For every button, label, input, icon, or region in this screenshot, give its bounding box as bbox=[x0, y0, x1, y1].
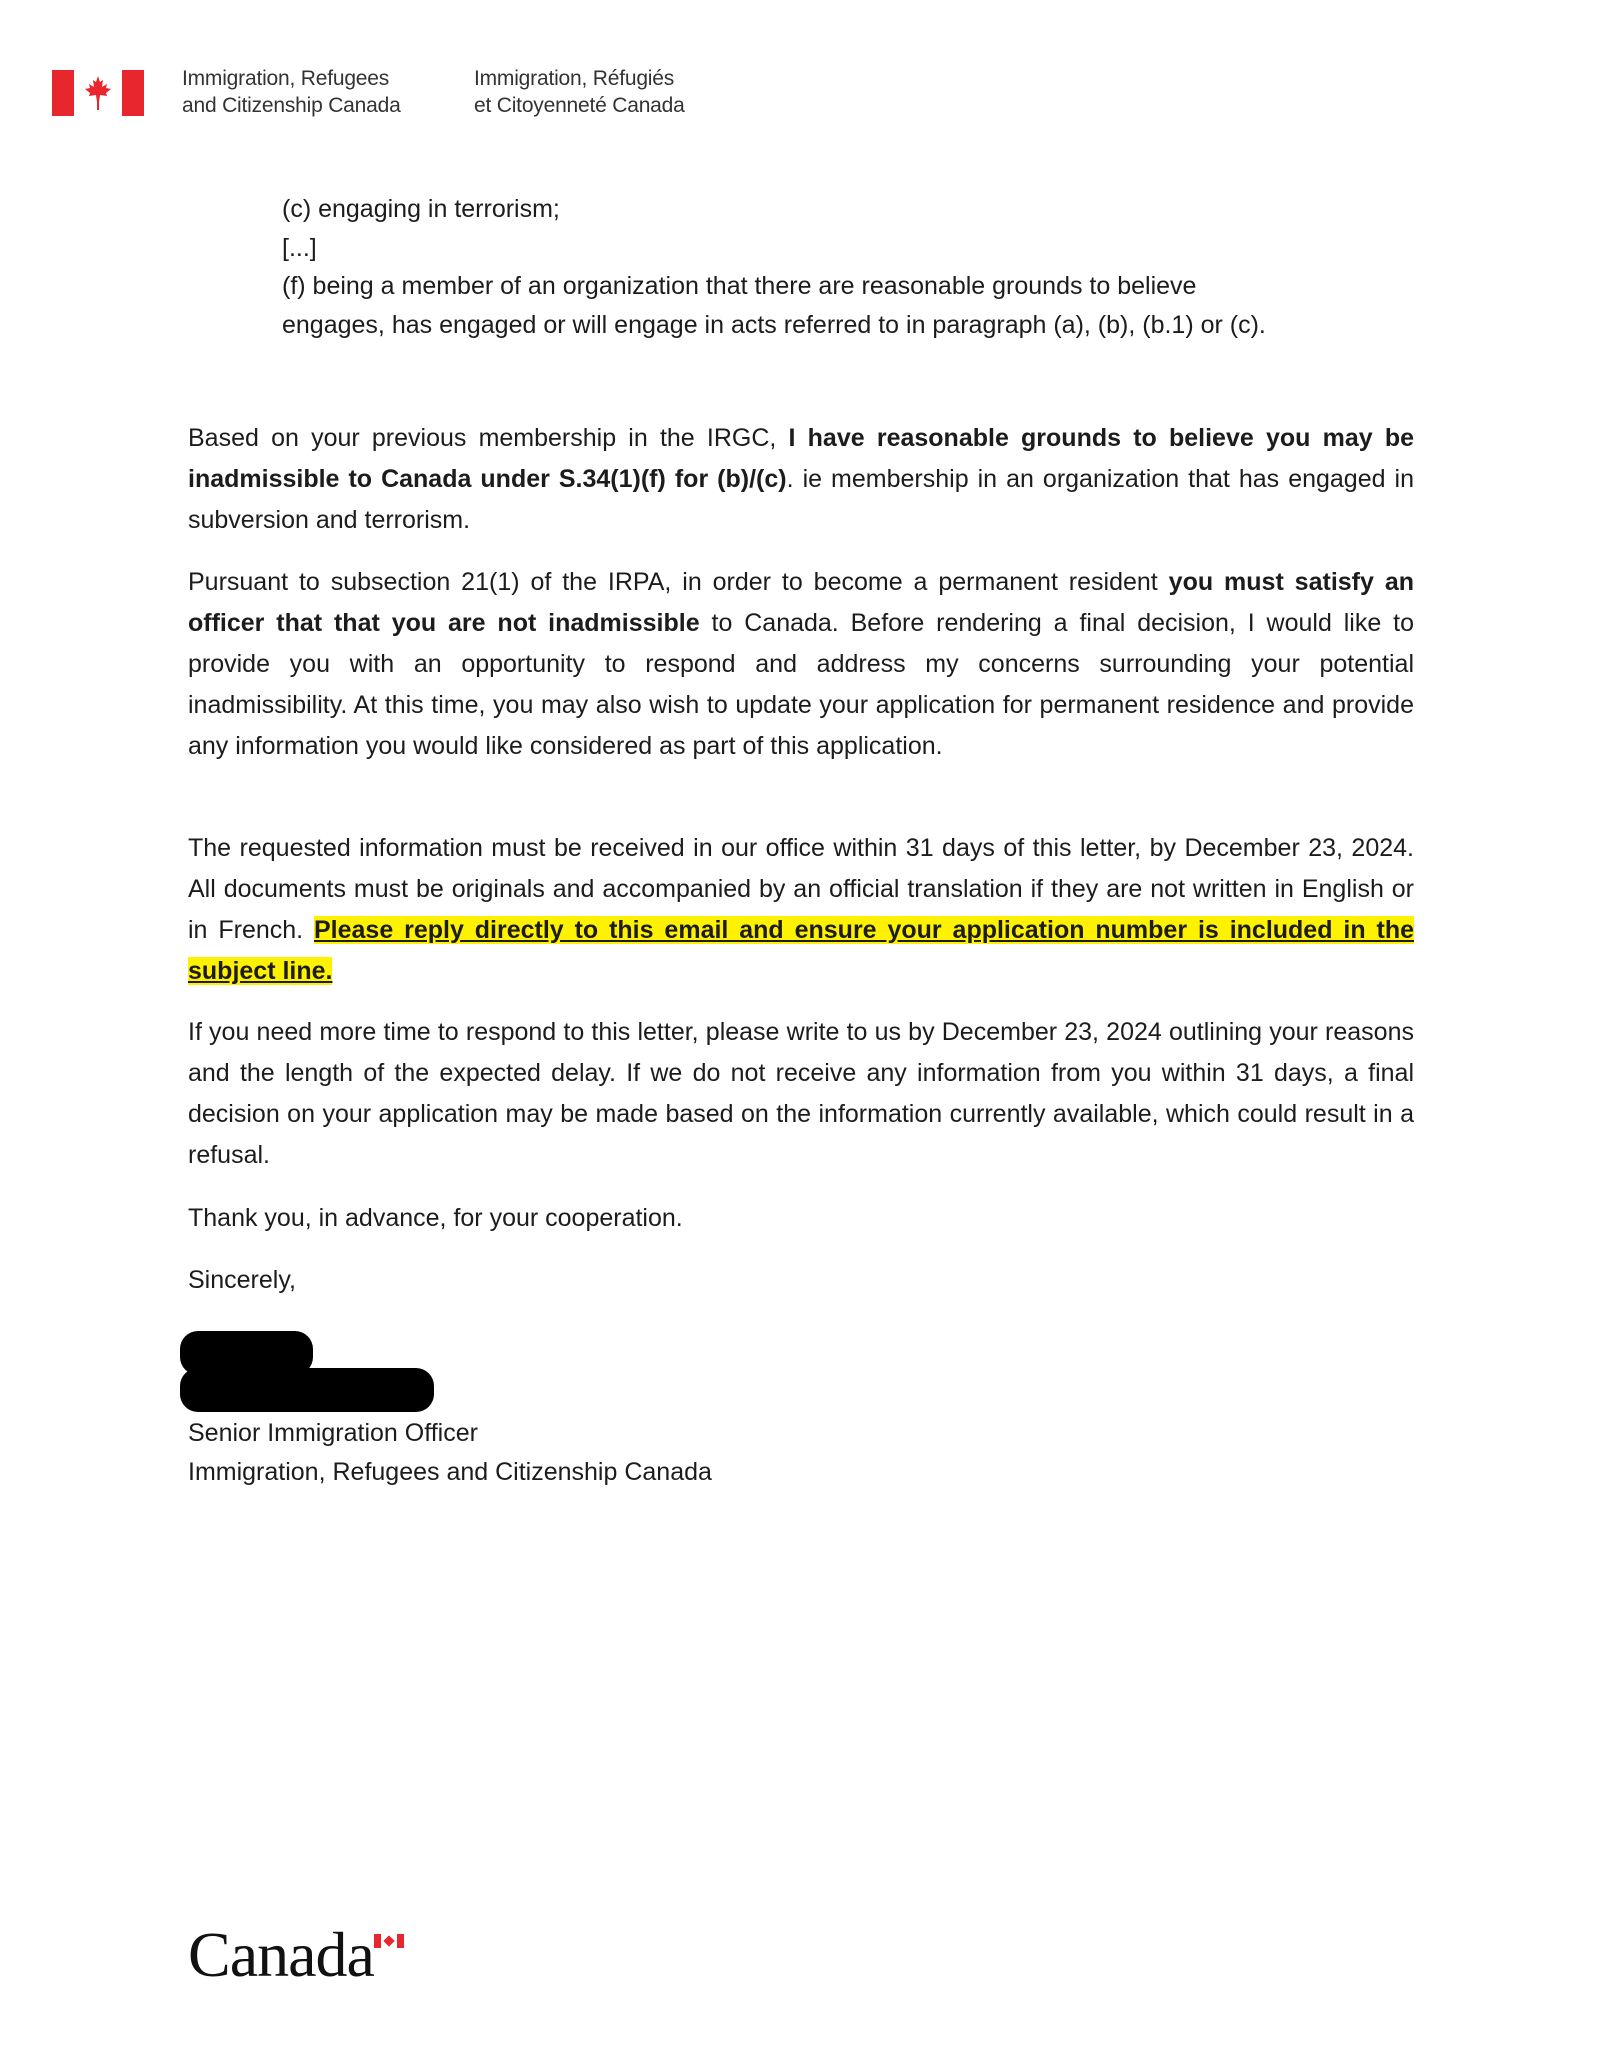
paragraph-opportunity-to-respond: Pursuant to subsection 21(1) of the IRPA… bbox=[188, 562, 1414, 767]
text: Pursuant to subsection 21(1) of the IRPA… bbox=[188, 568, 1169, 596]
department-name-french: Immigration, Réfugiés et Citoyenneté Can… bbox=[474, 65, 685, 119]
signature-title: Senior Immigration Officer bbox=[188, 1414, 478, 1453]
highlighted-instruction: Please reply directly to this email and … bbox=[188, 916, 1414, 985]
quote-line: (f) being a member of an organization th… bbox=[282, 267, 1432, 306]
quote-line: engages, has engaged or will engage in a… bbox=[282, 306, 1432, 345]
canada-flag-icon bbox=[52, 70, 144, 116]
paragraph-deadline: The requested information must be receiv… bbox=[188, 828, 1414, 992]
paragraph-inadmissibility-grounds: Based on your previous membership in the… bbox=[188, 418, 1414, 541]
quote-line: (c) engaging in terrorism; bbox=[282, 190, 1432, 229]
header-en-line1: Immigration, Refugees bbox=[182, 65, 401, 92]
header-fr-line1: Immigration, Réfugiés bbox=[474, 65, 685, 92]
quote-line: [...] bbox=[282, 229, 1432, 268]
canada-wordmark-flag-icon bbox=[374, 1934, 404, 1948]
header-fr-line2: et Citoyenneté Canada bbox=[474, 92, 685, 119]
department-name-english: Immigration, Refugees and Citizenship Ca… bbox=[182, 65, 401, 119]
paragraph-extension: If you need more time to respond to this… bbox=[188, 1012, 1414, 1176]
canada-wordmark: Canada bbox=[188, 1918, 374, 1992]
header-en-line2: and Citizenship Canada bbox=[182, 92, 401, 119]
closing-thanks: Thank you, in advance, for your cooperat… bbox=[188, 1198, 1414, 1239]
closing-sincerely: Sincerely, bbox=[188, 1260, 1414, 1301]
text: Based on your previous membership in the… bbox=[188, 424, 789, 452]
statute-quote: (c) engaging in terrorism; [...] (f) bei… bbox=[282, 190, 1432, 344]
redacted-name bbox=[180, 1368, 434, 1412]
signature-department: Immigration, Refugees and Citizenship Ca… bbox=[188, 1453, 712, 1492]
